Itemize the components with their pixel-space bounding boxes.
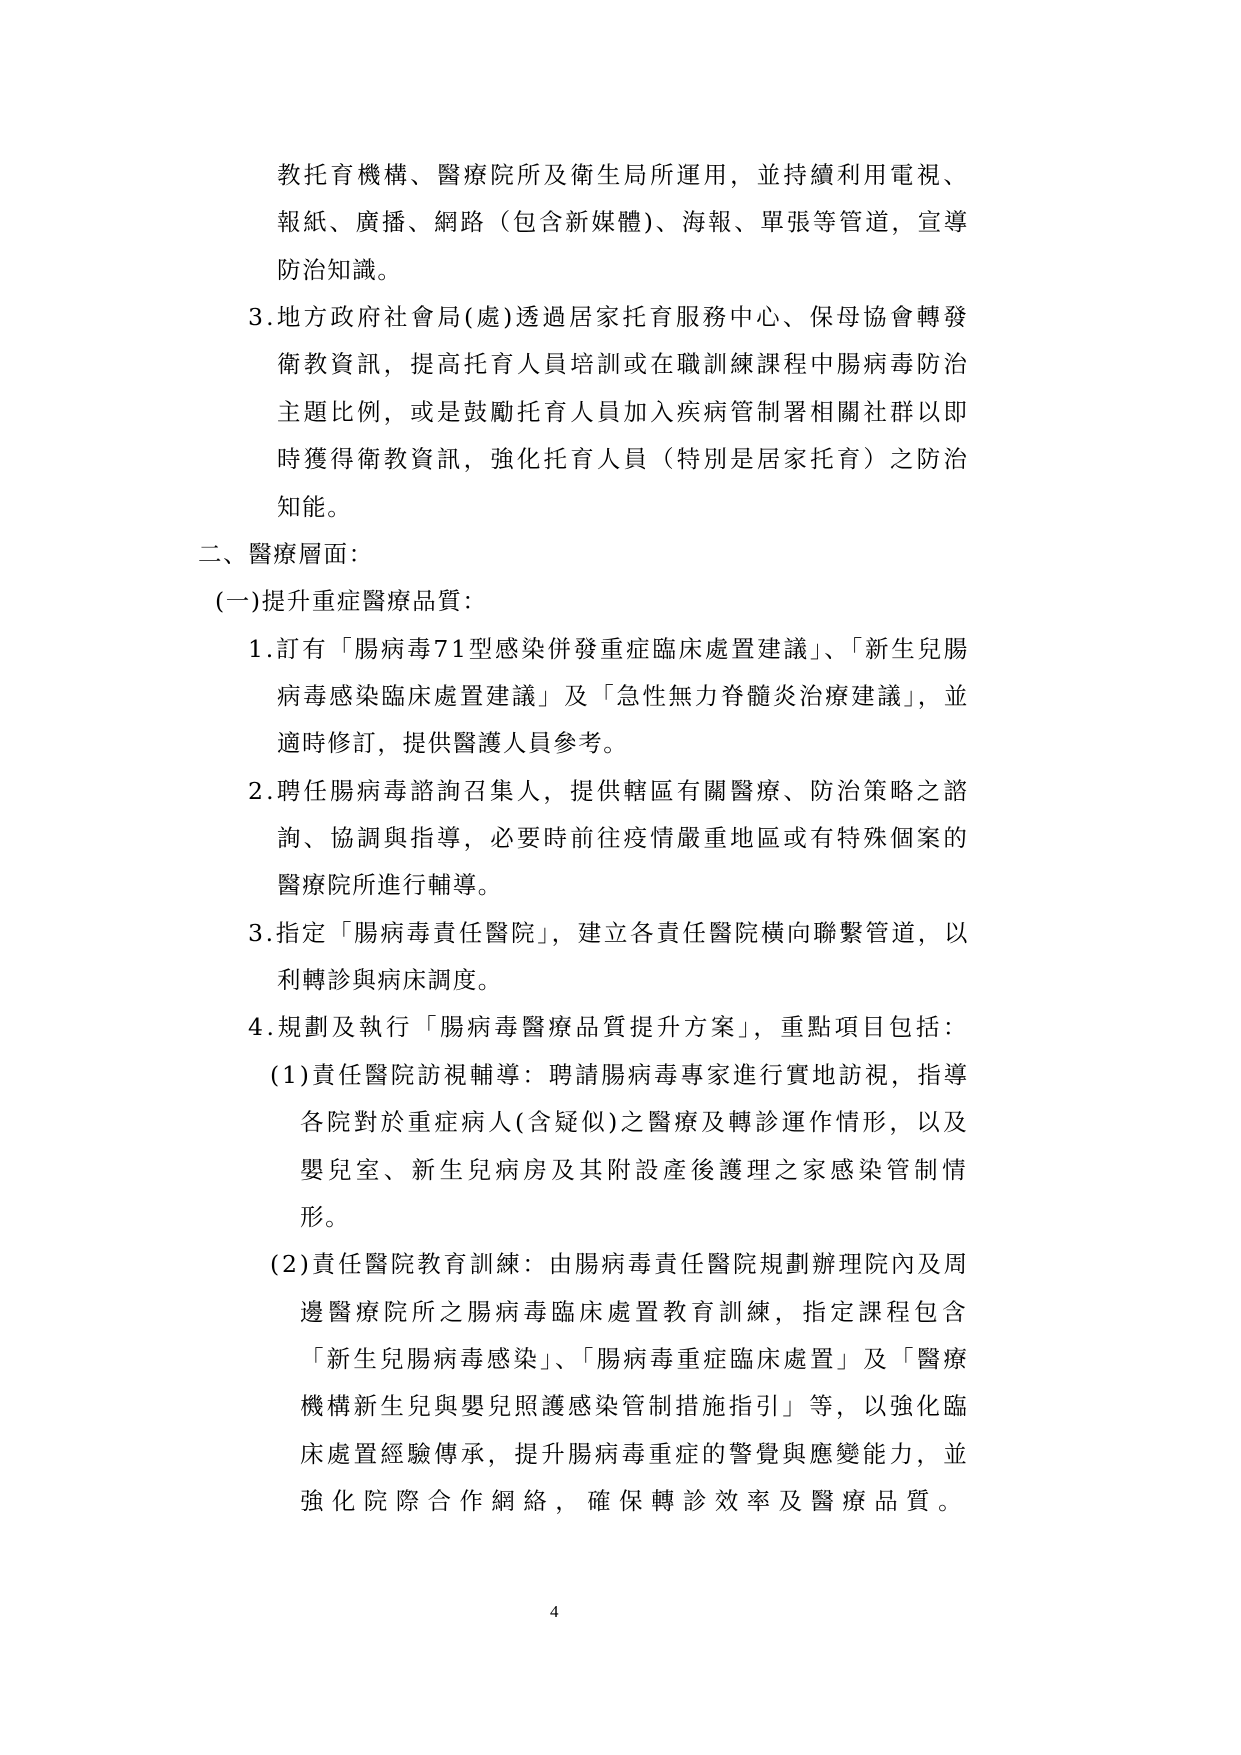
- text-line: 各院對於重症病人(含疑似)之醫療及轉診運作情形，以及: [300, 1107, 970, 1137]
- text-line: (一)提升重症醫療品質：: [215, 586, 488, 616]
- text-line: 強化院際合作網絡，確保轉診效率及醫療品質。: [300, 1486, 970, 1516]
- text-line: 教托育機構、醫療院所及衛生局所運用，並持續利用電視、: [277, 160, 970, 190]
- text-line: 知能。: [277, 492, 352, 522]
- text-line: 4.規劃及執行「腸病毒醫療品質提升方案」，重點項目包括：: [248, 1012, 970, 1042]
- text-line: 詢、協調與指導，必要時前往疫情嚴重地區或有特殊個案的: [277, 823, 970, 853]
- text-line: 1.訂有「腸病毒71型感染併發重症臨床處置建議」、「新生兒腸: [248, 634, 970, 664]
- text-line: 報紙、廣播、網路（包含新媒體)、海報、單張等管道，宣導: [277, 207, 970, 237]
- text-line: 「新生兒腸病毒感染」、「腸病毒重症臨床處置」及「醫療: [300, 1344, 970, 1374]
- text-line: 適時修訂，提供醫護人員參考。: [277, 728, 628, 758]
- text-line: 邊醫療院所之腸病毒臨床處置教育訓練，指定課程包含: [300, 1297, 970, 1327]
- text-line: 防治知識。: [277, 255, 403, 285]
- text-line: 形。: [300, 1202, 350, 1232]
- text-line: (2)責任醫院教育訓練：由腸病毒責任醫院規劃辦理院內及周: [270, 1249, 970, 1279]
- text-line: 床處置經驗傳承，提升腸病毒重症的警覺與應變能力，並: [300, 1439, 970, 1469]
- page-number: 4: [550, 1602, 559, 1622]
- text-line: 主題比例，或是鼓勵托育人員加入疾病管制署相關社群以即: [277, 397, 970, 427]
- text-line: 二、醫療層面：: [198, 539, 374, 569]
- text-line: 醫療院所進行輔導。: [277, 870, 503, 900]
- text-line: 嬰兒室、新生兒病房及其附設產後護理之家感染管制情: [300, 1155, 970, 1185]
- text-line: 時獲得衛教資訊，強化托育人員（特別是居家托育）之防治: [277, 444, 970, 474]
- text-line: 衛教資訊，提高托育人員培訓或在職訓練課程中腸病毒防治: [277, 349, 970, 379]
- text-line: 病毒感染臨床處置建議」及「急性無力脊髓炎治療建議」，並: [277, 681, 970, 711]
- text-line: 3.指定「腸病毒責任醫院」，建立各責任醫院橫向聯繫管道，以: [248, 918, 970, 948]
- text-line: 機構新生兒與嬰兒照護感染管制措施指引」等，以強化臨: [300, 1391, 970, 1421]
- text-line: (1)責任醫院訪視輔導：聘請腸病毒專家進行實地訪視，指導: [270, 1060, 970, 1090]
- text-line: 2.聘任腸病毒諮詢召集人，提供轄區有關醫療、防治策略之諮: [248, 776, 970, 806]
- text-line: 利轉診與病床調度。: [277, 965, 503, 995]
- text-line: 3.地方政府社會局(處)透過居家托育服務中心、保母協會轉發: [248, 302, 970, 332]
